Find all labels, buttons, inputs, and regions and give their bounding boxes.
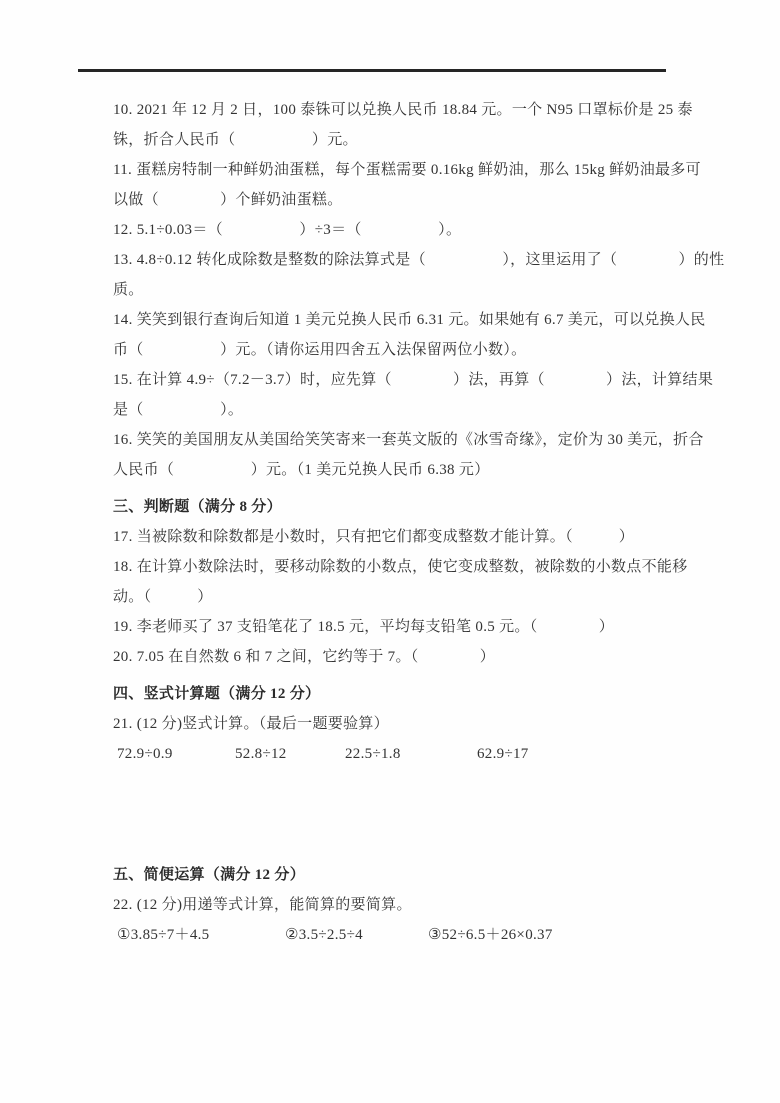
question-line: 人民币（ ）元。（1 美元兑换人民币 6.38 元） [113, 455, 673, 485]
expression-item: 72.9÷0.9 [117, 739, 235, 769]
section-header: 三、判断题（满分 8 分） [113, 492, 673, 522]
question-line: 17. 当被除数和除数都是小数时，只有把它们都变成整数才能计算。（ ） [113, 522, 673, 552]
blank-working-space [113, 769, 673, 853]
expression-item: ③52÷6.5＋26×0.37 [428, 920, 553, 950]
question-line: 19. 李老师买了 37 支铅笔花了 18.5 元，平均每支铅笔 0.5 元。（… [113, 612, 673, 642]
question-line: 21. (12 分)竖式计算。（最后一题要验算） [113, 709, 673, 739]
worksheet-page: 10. 2021 年 12 月 2 日，100 泰铢可以兑换人民币 18.84 … [0, 0, 780, 1103]
expression-item: 22.5÷1.8 [345, 739, 477, 769]
question-line: 11. 蛋糕房特制一种鲜奶油蛋糕，每个蛋糕需要 0.16kg 鲜奶油，那么 15… [113, 155, 673, 185]
question-line: 18. 在计算小数除法时，要移动除数的小数点，使它变成整数，被除数的小数点不能移 [113, 552, 673, 582]
question-line: 13. 4.8÷0.12 转化成除数是整数的除法算式是（ ），这里运用了（ ）的… [113, 245, 673, 275]
question-line: 20. 7.05 在自然数 6 和 7 之间，它约等于 7。（ ） [113, 642, 673, 672]
expression-item: 52.8÷12 [235, 739, 345, 769]
expression-row: ①3.85÷7＋4.5②3.5÷2.5÷4③52÷6.5＋26×0.37 [113, 920, 673, 950]
question-line: 币（ ）元。（请你运用四舍五入法保留两位小数）。 [113, 335, 673, 365]
question-line: 22. (12 分)用递等式计算，能简算的要简算。 [113, 890, 673, 920]
expression-row: 72.9÷0.952.8÷1222.5÷1.862.9÷17 [113, 739, 673, 769]
question-line: 10. 2021 年 12 月 2 日，100 泰铢可以兑换人民币 18.84 … [113, 95, 673, 125]
question-line: 质。 [113, 275, 673, 305]
question-line: 15. 在计算 4.9÷（7.2－3.7）时，应先算（ ）法，再算（ ）法，计算… [113, 365, 673, 395]
question-line: 铢，折合人民币（ ）元。 [113, 125, 673, 155]
question-line: 是（ ）。 [113, 395, 673, 425]
section-header: 四、竖式计算题（满分 12 分） [113, 679, 673, 709]
question-line: 12. 5.1÷0.03＝（ ）÷3＝（ ）。 [113, 215, 673, 245]
question-line: 14. 笑笑到银行查询后知道 1 美元兑换人民币 6.31 元。如果她有 6.7… [113, 305, 673, 335]
question-line: 16. 笑笑的美国朋友从美国给笑笑寄来一套英文版的《冰雪奇缘》，定价为 30 美… [113, 425, 673, 455]
top-rule-divider [78, 69, 666, 72]
document-content: 10. 2021 年 12 月 2 日，100 泰铢可以兑换人民币 18.84 … [113, 95, 673, 950]
question-line: 动。（ ） [113, 582, 673, 612]
expression-item: ②3.5÷2.5÷4 [285, 920, 428, 950]
expression-item: 62.9÷17 [477, 739, 529, 769]
question-line: 以做（ ）个鲜奶油蛋糕。 [113, 185, 673, 215]
section-header: 五、简便运算（满分 12 分） [113, 860, 673, 890]
expression-item: ①3.85÷7＋4.5 [117, 920, 285, 950]
